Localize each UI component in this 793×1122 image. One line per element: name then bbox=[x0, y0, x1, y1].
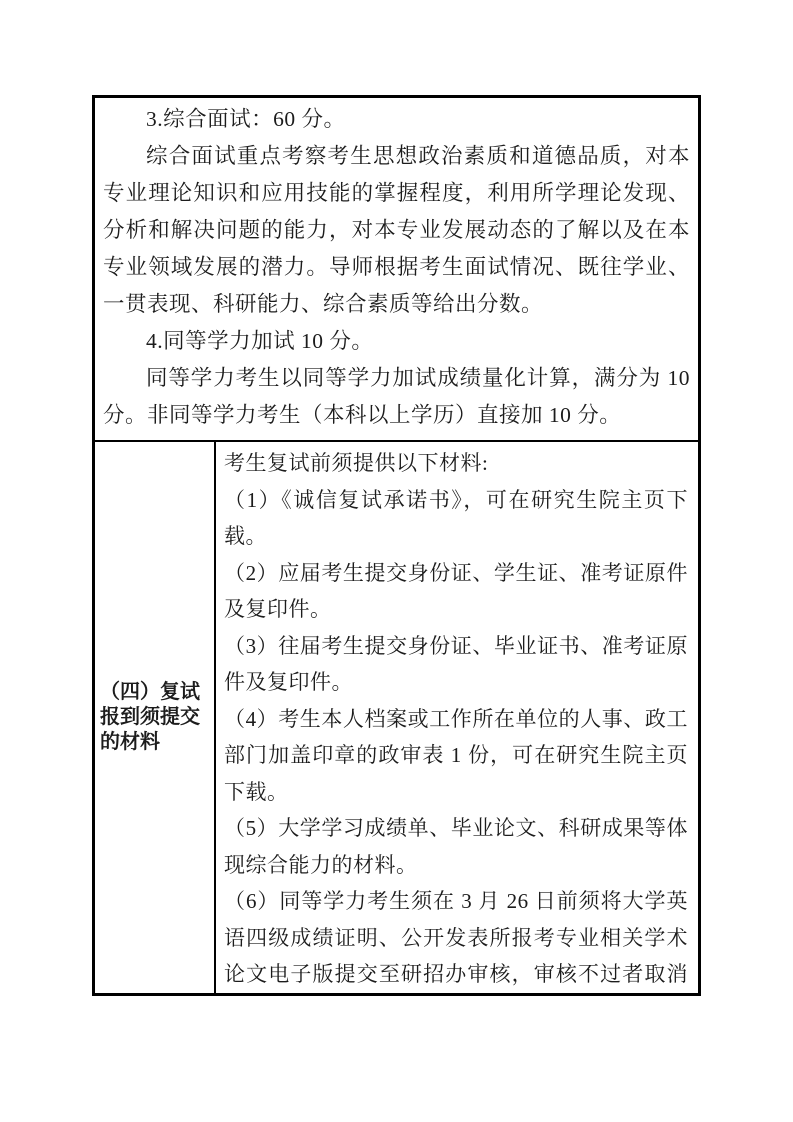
scoring-paragraph: 同等学力考生以同等学力加试成绩量化计算，满分为 10 分。非同等学力考生（本科以… bbox=[103, 360, 690, 434]
materials-row-header: （四）复试报到须提交的材料 bbox=[100, 680, 209, 755]
material-item: （4）考生本人档案或工作所在单位的人事、政工部门加盖印章的政审表 1 份，可在研… bbox=[224, 701, 688, 811]
material-item: （2）应届考生提交身份证、学生证、准考证原件及复印件。 bbox=[224, 555, 688, 628]
admission-interview-table: 3.综合面试：60 分。 综合面试重点考察考生思想政治素质和道德品质，对本专业理… bbox=[92, 95, 701, 996]
materials-list-cell: 考生复试前须提供以下材料: （1）《诚信复试承诺书》，可在研究生院主页下载。 （… bbox=[216, 442, 698, 993]
materials-row-header-cell: （四）复试报到须提交的材料 bbox=[95, 442, 216, 993]
material-item: （5）大学学习成绩单、毕业论文、科研成果等体现综合能力的材料。 bbox=[224, 810, 688, 883]
scoring-paragraph: 3.综合面试：60 分。 bbox=[103, 101, 690, 138]
scoring-paragraph: 综合面试重点考察考生思想政治素质和道德品质，对本专业理论知识和应用技能的掌握程度… bbox=[103, 138, 690, 323]
material-item: （6）同等学力考生须在 3 月 26 日前须将大学英语四级成绩证明、公开发表所报… bbox=[224, 883, 688, 993]
scoring-paragraph: 4.同等学力加试 10 分。 bbox=[103, 323, 690, 360]
table-row-materials: （四）复试报到须提交的材料 考生复试前须提供以下材料: （1）《诚信复试承诺书》… bbox=[95, 442, 698, 993]
materials-intro: 考生复试前须提供以下材料: bbox=[224, 445, 688, 482]
document-page: 3.综合面试：60 分。 综合面试重点考察考生思想政治素质和道德品质，对本专业理… bbox=[0, 0, 793, 1122]
material-item: （3）往届考生提交身份证、毕业证书、准考证原件及复印件。 bbox=[224, 628, 688, 701]
material-item: （1）《诚信复试承诺书》，可在研究生院主页下载。 bbox=[224, 482, 688, 555]
table-row-scoring: 3.综合面试：60 分。 综合面试重点考察考生思想政治素质和道德品质，对本专业理… bbox=[95, 98, 698, 442]
